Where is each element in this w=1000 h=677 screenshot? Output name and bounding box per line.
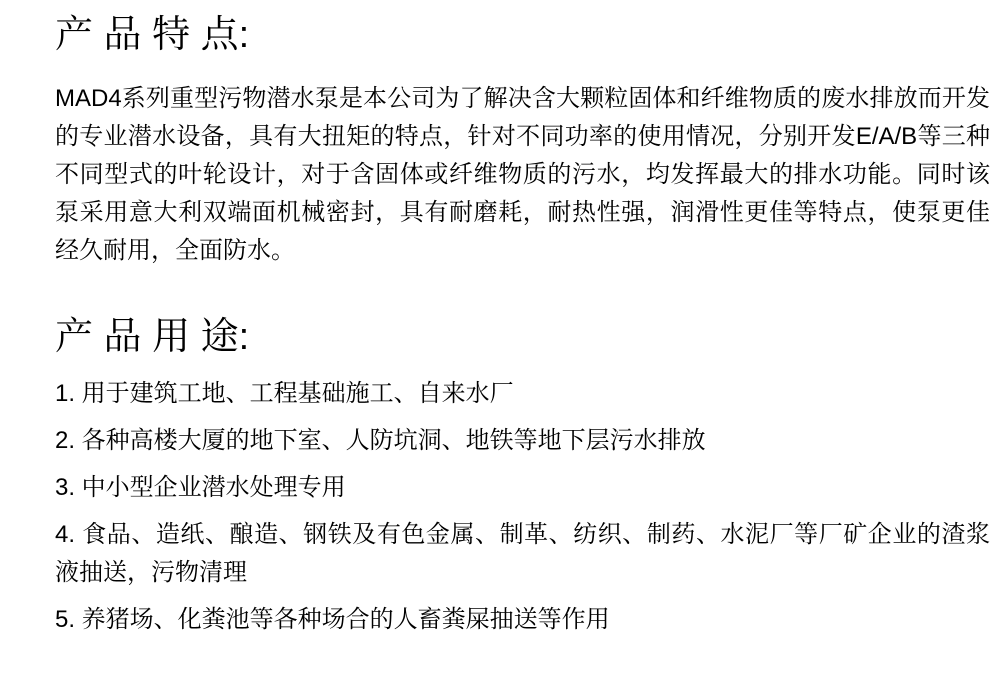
product-description-page: 产 品 特 点: MAD4系列重型污物潜水泵是本公司为了解决含大颗粒固体和纤维物… [0, 0, 1000, 677]
list-item: 4. 食品、造纸、酿造、钢铁及有色金属、制革、纺织、制药、水泥厂等厂矿企业的渣浆… [55, 516, 990, 592]
uses-list: 1. 用于建筑工地、工程基础施工、自来水厂 2. 各种高楼大厦的地下室、人防坑洞… [55, 375, 990, 639]
uses-section: 产 品 用 途: 1. 用于建筑工地、工程基础施工、自来水厂 2. 各种高楼大厦… [55, 316, 990, 640]
list-item: 1. 用于建筑工地、工程基础施工、自来水厂 [55, 375, 990, 413]
list-item: 2. 各种高楼大厦的地下室、人防坑洞、地铁等地下层污水排放 [55, 422, 990, 460]
list-item: 3. 中小型企业潜水处理专用 [55, 469, 990, 507]
features-heading: 产 品 特 点: [55, 14, 990, 58]
list-item: 5. 养猪场、化粪池等各种场合的人畜粪屎抽送等作用 [55, 601, 990, 639]
features-paragraph: MAD4系列重型污物潜水泵是本公司为了解决含大颗粒固体和纤维物质的废水排放而开发… [55, 80, 990, 270]
uses-heading: 产 品 用 途: [55, 316, 990, 360]
features-section: 产 品 特 点: MAD4系列重型污物潜水泵是本公司为了解决含大颗粒固体和纤维物… [55, 14, 990, 270]
